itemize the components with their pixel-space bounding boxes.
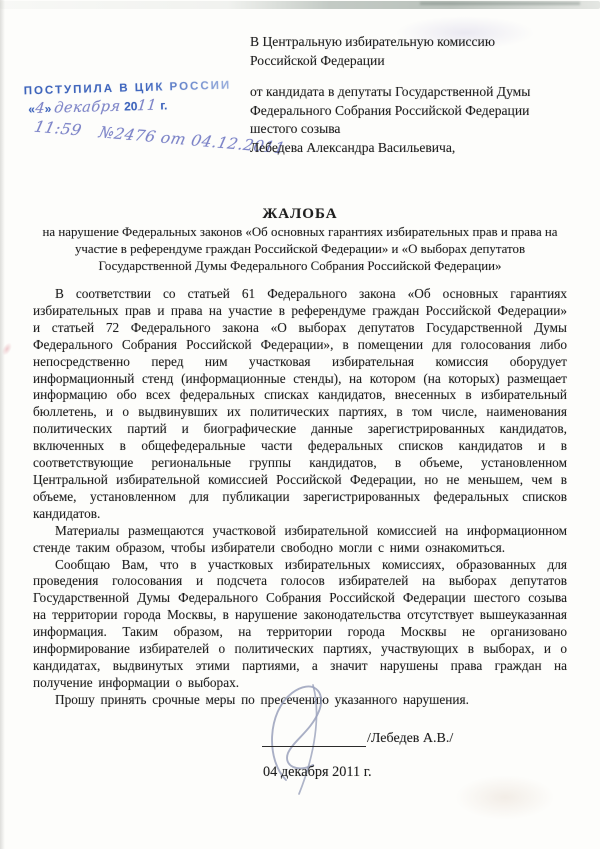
body-paragraph-1: В соответствии со статьей 61 Федеральног…	[33, 286, 567, 523]
sender-block: от кандидата в депутаты Государственной …	[250, 83, 590, 158]
sender-line-3: шестого созыва	[250, 120, 590, 139]
signature-underline	[262, 731, 366, 747]
stamp-handwritten-month: декабря	[54, 99, 122, 117]
intake-stamp: ПОСТУПИЛА В ЦИК РОССИИ «4» декабря 2011 …	[24, 79, 265, 118]
sender-line-4: Лебедева Александра Васильевича,	[250, 139, 590, 158]
document-title: ЖАЛОБА	[0, 206, 600, 223]
stamp-registration-line: 11:59№2476 от 04.12.2011	[34, 118, 275, 158]
body-paragraph-2: Материалы размещаются участковой избират…	[33, 523, 567, 557]
scan-artifact-top-streak	[420, 2, 580, 5]
recipient-block: В Центральную избирательную комиссию Рос…	[250, 32, 580, 70]
sender-line-1: от кандидата в депутаты Государственной …	[250, 83, 590, 102]
recipient-line-2: Российской Федерации	[250, 51, 580, 70]
signature-row: /Лебедев А.В./	[262, 731, 453, 747]
stamp-header-text: ПОСТУПИЛА В ЦИК РОССИИ	[24, 79, 264, 98]
recipient-line-1: В Центральную избирательную комиссию	[250, 32, 580, 51]
sender-line-2: Федерального Собрания Российской Федерац…	[250, 102, 590, 121]
stamp-year-suffix: г.	[160, 98, 168, 112]
document-body: В соответствии со статьей 61 Федеральног…	[33, 286, 567, 709]
handwritten-time: 11:59	[32, 118, 83, 140]
body-paragraph-3: Сообщаю Вам, что в участковых избиратель…	[33, 557, 567, 692]
document-subtitle: на нарушение Федеральных законов «Об осн…	[30, 224, 570, 276]
signature-name: /Лебедев А.В./	[367, 731, 453, 746]
scan-artifact-left-edge	[0, 0, 5, 849]
stamp-handwritten-day: 4	[34, 101, 46, 117]
scan-artifact-smudge-bottom	[455, 775, 555, 820]
document-date: 04 декабря 2011 г.	[263, 764, 372, 781]
stamp-handwritten-year: 11	[137, 98, 158, 115]
stamp-date-line: «4» декабря 2011 г.	[28, 95, 264, 118]
document-page: ПОСТУПИЛА В ЦИК РОССИИ «4» декабря 2011 …	[0, 0, 600, 849]
